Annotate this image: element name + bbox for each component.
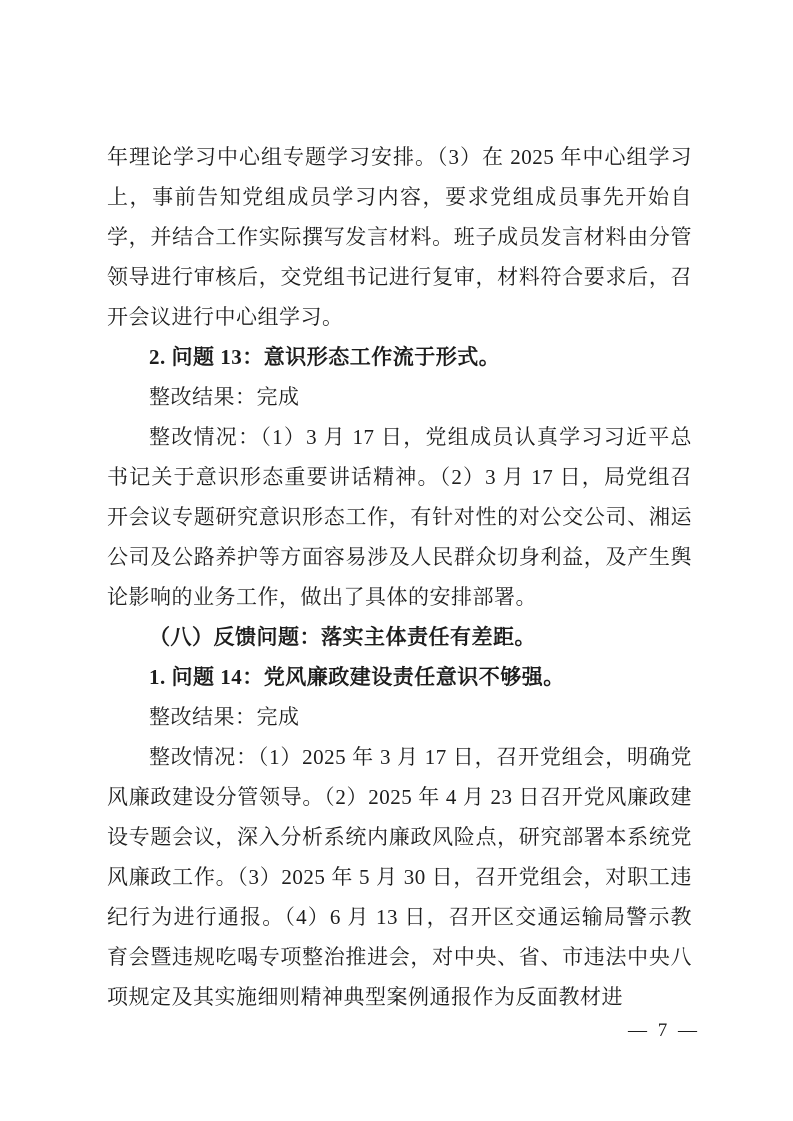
paragraph-continuation: 年理论学习中心组专题学习安排。（3）在 2025 年中心组学习上，事前告知党组成… [107, 137, 692, 337]
rectification-result-13: 整改结果：完成 [107, 377, 692, 417]
rectification-details-14: 整改情况：（1）2025 年 3 月 17 日，召开党组会，明确党风廉政建设分管… [107, 737, 692, 1017]
heading-problem-14: 1. 问题 14：党风廉政建设责任意识不够强。 [107, 657, 692, 697]
rectification-result-14: 整改结果：完成 [107, 697, 692, 737]
page-number: — 7 — [628, 1016, 700, 1046]
heading-feedback-issue-8: （八）反馈问题：落实主体责任有差距。 [107, 617, 692, 657]
document-body: 年理论学习中心组专题学习安排。（3）在 2025 年中心组学习上，事前告知党组成… [107, 137, 692, 1017]
heading-problem-13: 2. 问题 13：意识形态工作流于形式。 [107, 337, 692, 377]
rectification-details-13: 整改情况：（1）3 月 17 日，党组成员认真学习习近平总书记关于意识形态重要讲… [107, 417, 692, 617]
document-page: 年理论学习中心组专题学习安排。（3）在 2025 年中心组学习上，事前告知党组成… [0, 0, 793, 1121]
